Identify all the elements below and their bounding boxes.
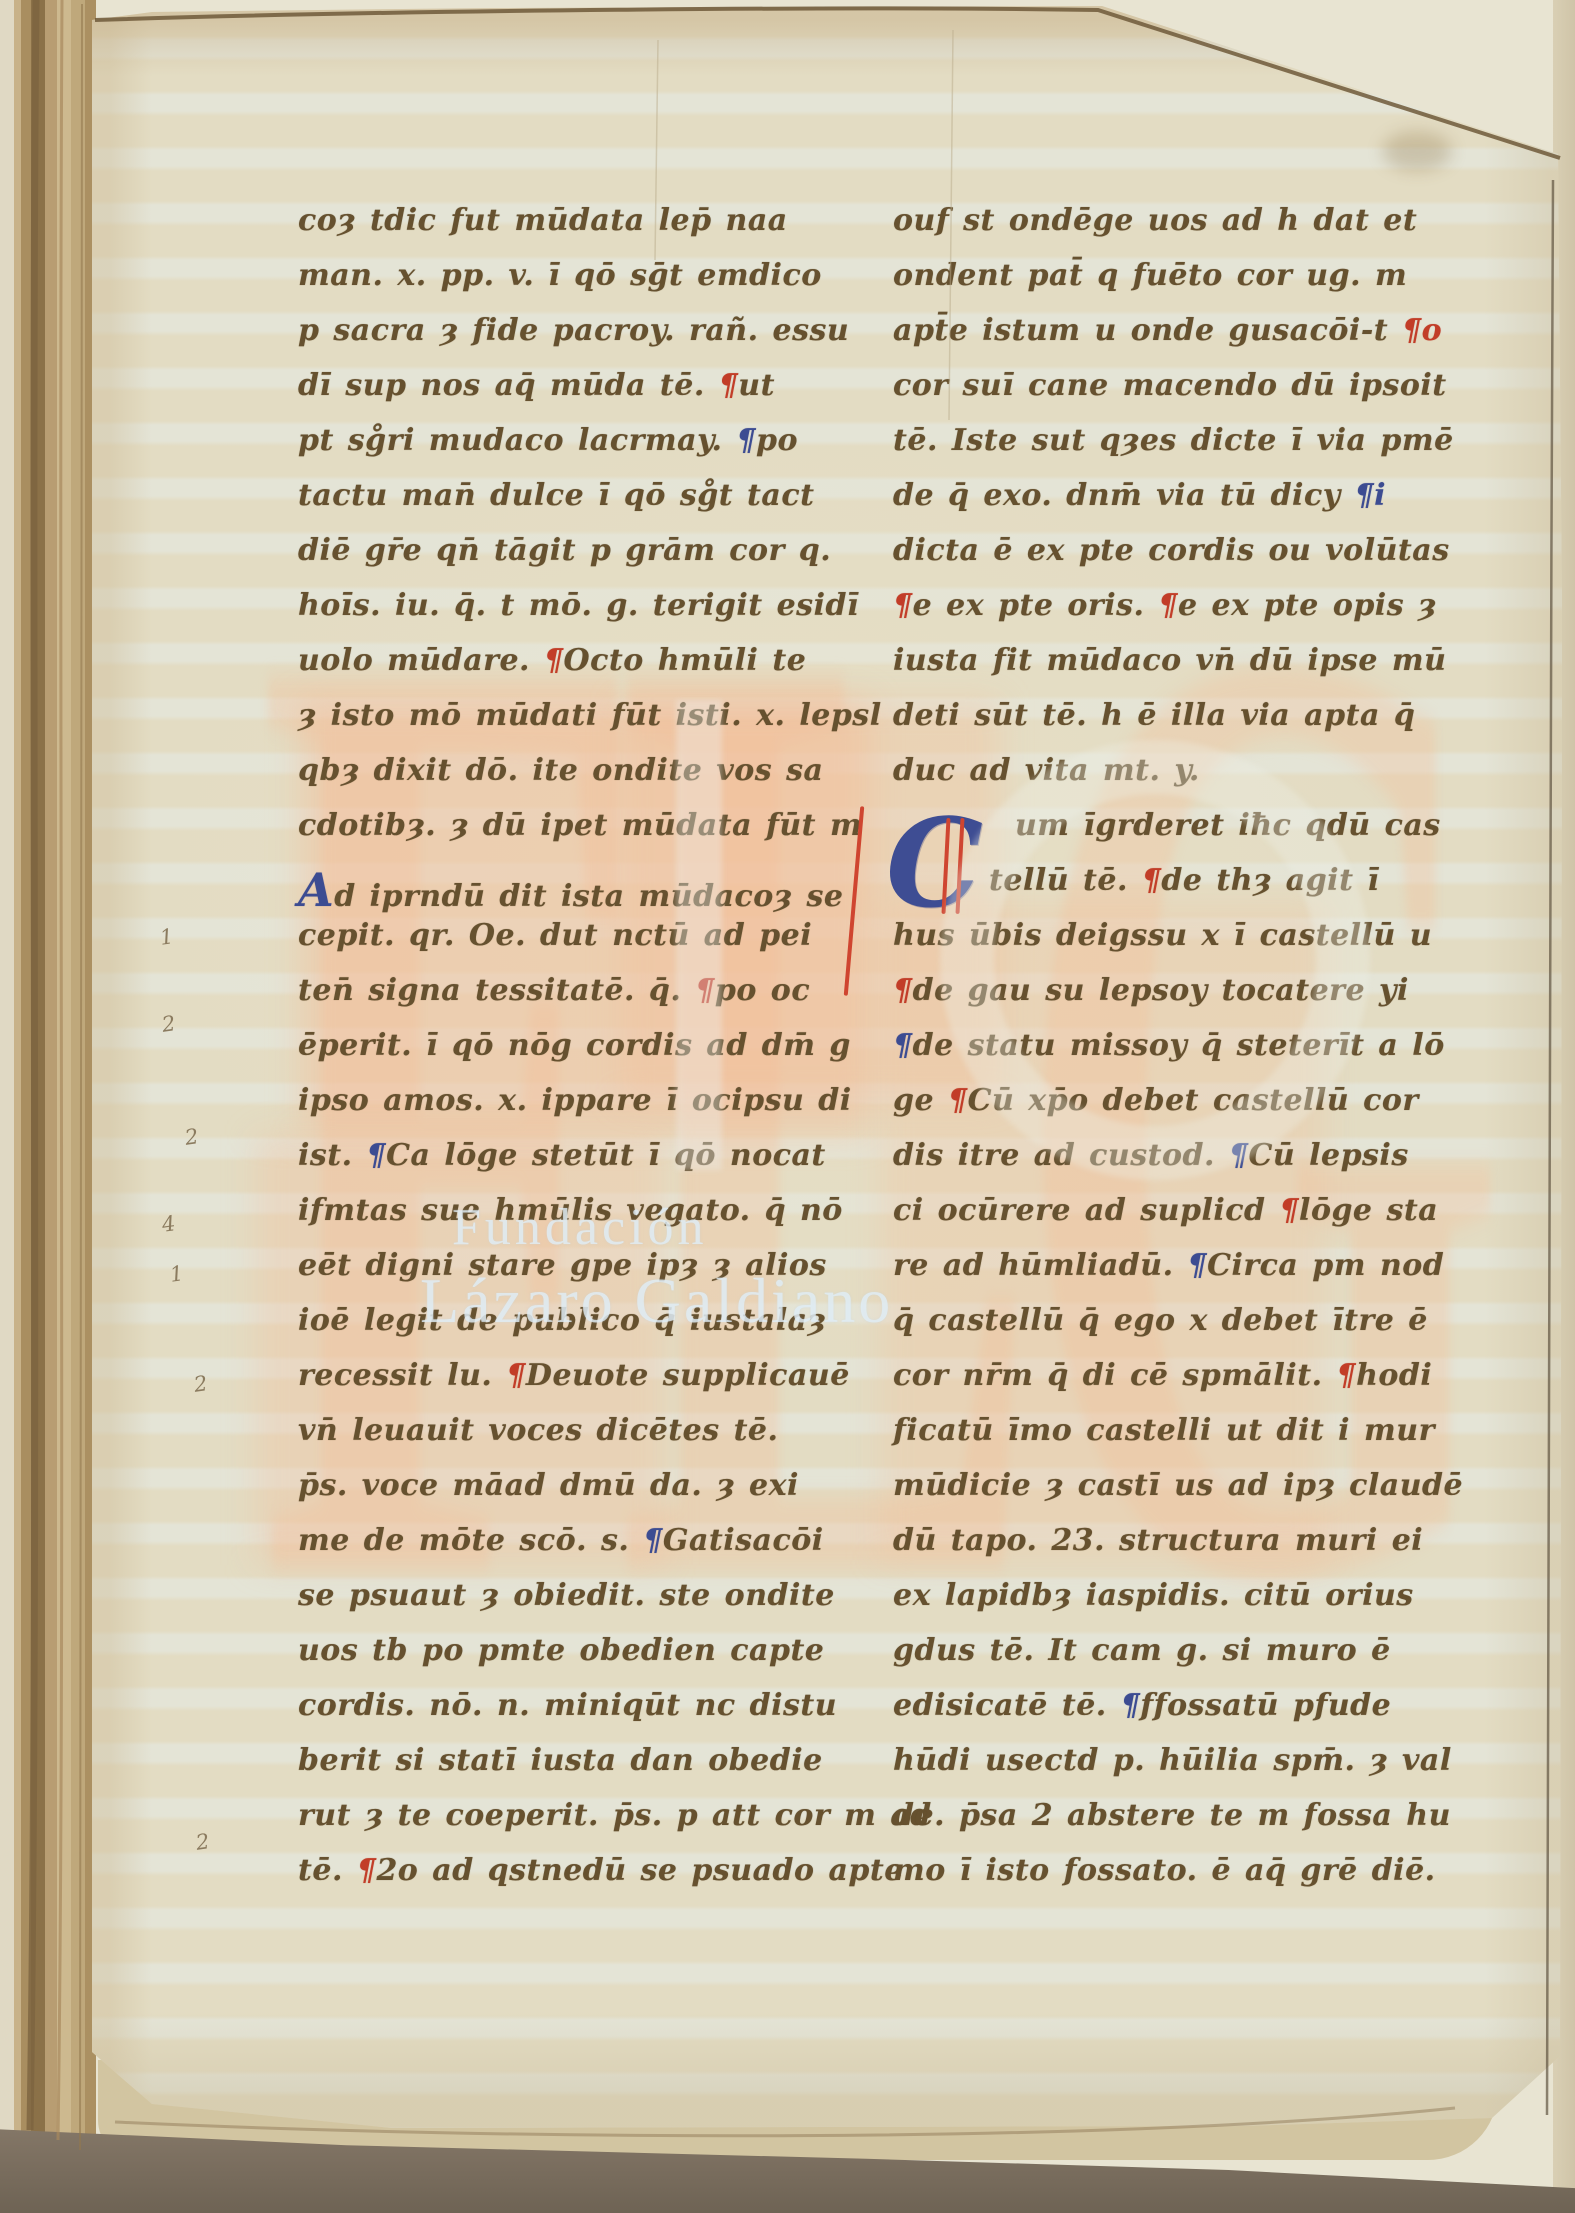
text-line: tē. Iste sut qȝes dicte ī via pmē xyxy=(893,423,1483,478)
text-column-left: coȝ tdic fut mūdata lep̄ naaman. x. pp. … xyxy=(298,203,863,1908)
pencil-margin-number: 4 xyxy=(160,1211,177,1237)
text-line: iusta fit mūdaco vn̄ dū ipse mū xyxy=(893,643,1483,698)
text-line: berit si statī iusta dan obedie xyxy=(298,1743,863,1798)
text-line: dū tapo. 23. structura muri ei xyxy=(893,1523,1483,1578)
text-line: qbȝ dixit dō. ite ondite vos sa xyxy=(298,753,863,808)
text-line: Ad iprndū dit ista mūdacoȝ se xyxy=(298,863,863,918)
text-line: ēperit. ī qō nōg cordis ad dm̄ g xyxy=(298,1028,863,1083)
pencil-margin-number: 2 xyxy=(160,1011,177,1037)
text-line: ipso amos. x. ippare ī ocipsu di xyxy=(298,1083,863,1138)
text-line: diē gr̄e qn̄ tāgit p grām cor q. xyxy=(298,533,863,588)
text-line: ficatū īmo castelli ut dit i mur xyxy=(893,1413,1483,1468)
text-line: cordis. nō. n. miniqūt nc distu xyxy=(298,1688,863,1743)
text-line: se psuaut ȝ obiedit. ste ondite xyxy=(298,1578,863,1633)
text-line: ȝ isto mō mūdati fūt isti. x. lepsl xyxy=(298,698,863,753)
text-line: p̄s. voce māad dmū da. ȝ exi xyxy=(298,1468,863,1523)
text-line: vn̄ leuauit voces dicētes tē. xyxy=(298,1413,863,1468)
text-line: mo ī isto fossato. ē aq̄ grē diē. xyxy=(893,1853,1483,1908)
text-line: pt sg̊ri mudaco lacrmay. ¶po xyxy=(298,423,863,478)
text-line: ci ocūrere ad suplicd ¶lōge sta xyxy=(893,1193,1483,1248)
pencil-margin-number: 1 xyxy=(158,924,175,950)
text-line: ¶de statu missoy q̄ steterīt a lō xyxy=(893,1028,1483,1083)
text-line: dis itre ad custod. ¶Cū lepsis xyxy=(893,1138,1483,1193)
text-line: tactu man̄ dulce ī qō sg̊t tact xyxy=(298,478,863,533)
text-line: p sacra ȝ fide pacroy. rañ. essu xyxy=(298,313,863,368)
text-line: ouf st ondēge uos ad h dat et xyxy=(893,203,1483,258)
text-line: de q̄ exo. dnm̄ via tū dicy ¶i xyxy=(893,478,1483,533)
parchment-stain xyxy=(1382,131,1452,171)
text-line: edisicatē tē. ¶ffossatū pfude xyxy=(893,1688,1483,1743)
manuscript-photo: FLG coȝ tdic fut mūdata lep̄ naaman. x. … xyxy=(0,0,1575,2213)
illuminated-initial-C: C xyxy=(886,802,983,924)
text-line: de. p̄sa 2 abstere te m fossa hu xyxy=(893,1798,1483,1853)
pencil-margin-number: 2 xyxy=(194,1829,211,1855)
text-line: ¶de gau su lepsoy tocatere yi xyxy=(893,973,1483,1028)
text-line: hoīs. iu. q̄. t mō. g. terigit esidī xyxy=(298,588,863,643)
text-line: cor suī cane macendo dū ipsoit xyxy=(893,368,1483,423)
text-line: me de mōte scō. s. ¶Gatisacōi xyxy=(298,1523,863,1578)
text-column-right: ouf st ondēge uos ad h dat etondent pat̄… xyxy=(893,203,1483,1908)
pencil-margin-number: 1 xyxy=(168,1261,185,1287)
text-line: tē. ¶2o ad qstnedū se psuado apte xyxy=(298,1853,863,1908)
text-line: eēt digni stare gpe ipȝ ȝ alios xyxy=(298,1248,863,1303)
pencil-margin-number: 2 xyxy=(183,1124,200,1150)
text-line: dicta ē ex pte cordis ou volūtas xyxy=(893,533,1483,588)
text-line: ioē legit de publico q̄ iustalaȝ xyxy=(298,1303,863,1358)
text-line: rut ȝ te coeperit. p̄s. p att cor m ad xyxy=(298,1798,863,1853)
text-line: ¶e ex pte oris. ¶e ex pte opis ȝ xyxy=(893,588,1483,643)
text-line: coȝ tdic fut mūdata lep̄ naa xyxy=(298,203,863,258)
pencil-margin-number: 2 xyxy=(192,1371,209,1397)
text-line: cepit. qr. Oe. dut nctū ad pei xyxy=(298,918,863,973)
text-line: man. x. pp. v. ī qō sḡt emdico xyxy=(298,258,863,313)
text-line: ex lapidbȝ iaspidis. citū orius xyxy=(893,1578,1483,1633)
text-line: gdus tē. It cam g. si muro ē xyxy=(893,1633,1483,1688)
text-line: ge ¶Cū xp̄o debet castellū cor xyxy=(893,1083,1483,1138)
text-line: dī sup nos aq̄ mūda tē. ¶ut xyxy=(298,368,863,423)
book-binding-edge xyxy=(0,0,96,2213)
text-line: re ad hūmliadū. ¶Circa pm nod xyxy=(893,1248,1483,1303)
text-line: q̄ castellū q̄ ego x debet ītre ē xyxy=(893,1303,1483,1358)
text-line: ondent pat̄ q fuēto cor ug. m xyxy=(893,258,1483,313)
manuscript-page: FLG coȝ tdic fut mūdata lep̄ naaman. x. … xyxy=(92,6,1564,2132)
text-line: hūdi usectd p. hūilia spm̄. ȝ val xyxy=(893,1743,1483,1798)
text-line: deti sūt tē. h ē illa via apta q̄ xyxy=(893,698,1483,753)
text-line: ist. ¶Ca lōge stetūt ī qō nocat xyxy=(298,1138,863,1193)
text-line: cdotibȝ. ȝ dū ipet mūdata fūt m xyxy=(298,808,863,863)
text-line: apt̄e istum u onde gusacōi-t ¶o xyxy=(893,313,1483,368)
text-line: uolo mūdare. ¶Octo hmūli te xyxy=(298,643,863,698)
text-line: uos tb po pmte obedien capte xyxy=(298,1633,863,1688)
text-line: recessit lu. ¶Deuote supplicauē xyxy=(298,1358,863,1413)
text-line: mūdicie ȝ castī us ad ipȝ claudē xyxy=(893,1468,1483,1523)
text-line: cor nr̄m q̄ di cē spmālit. ¶hodi xyxy=(893,1358,1483,1413)
text-line: ifmtas sue hmūlis vegato. q̄ nō xyxy=(298,1193,863,1248)
text-line: ten̄ signa tessitatē. q̄. ¶po oc xyxy=(298,973,863,1028)
